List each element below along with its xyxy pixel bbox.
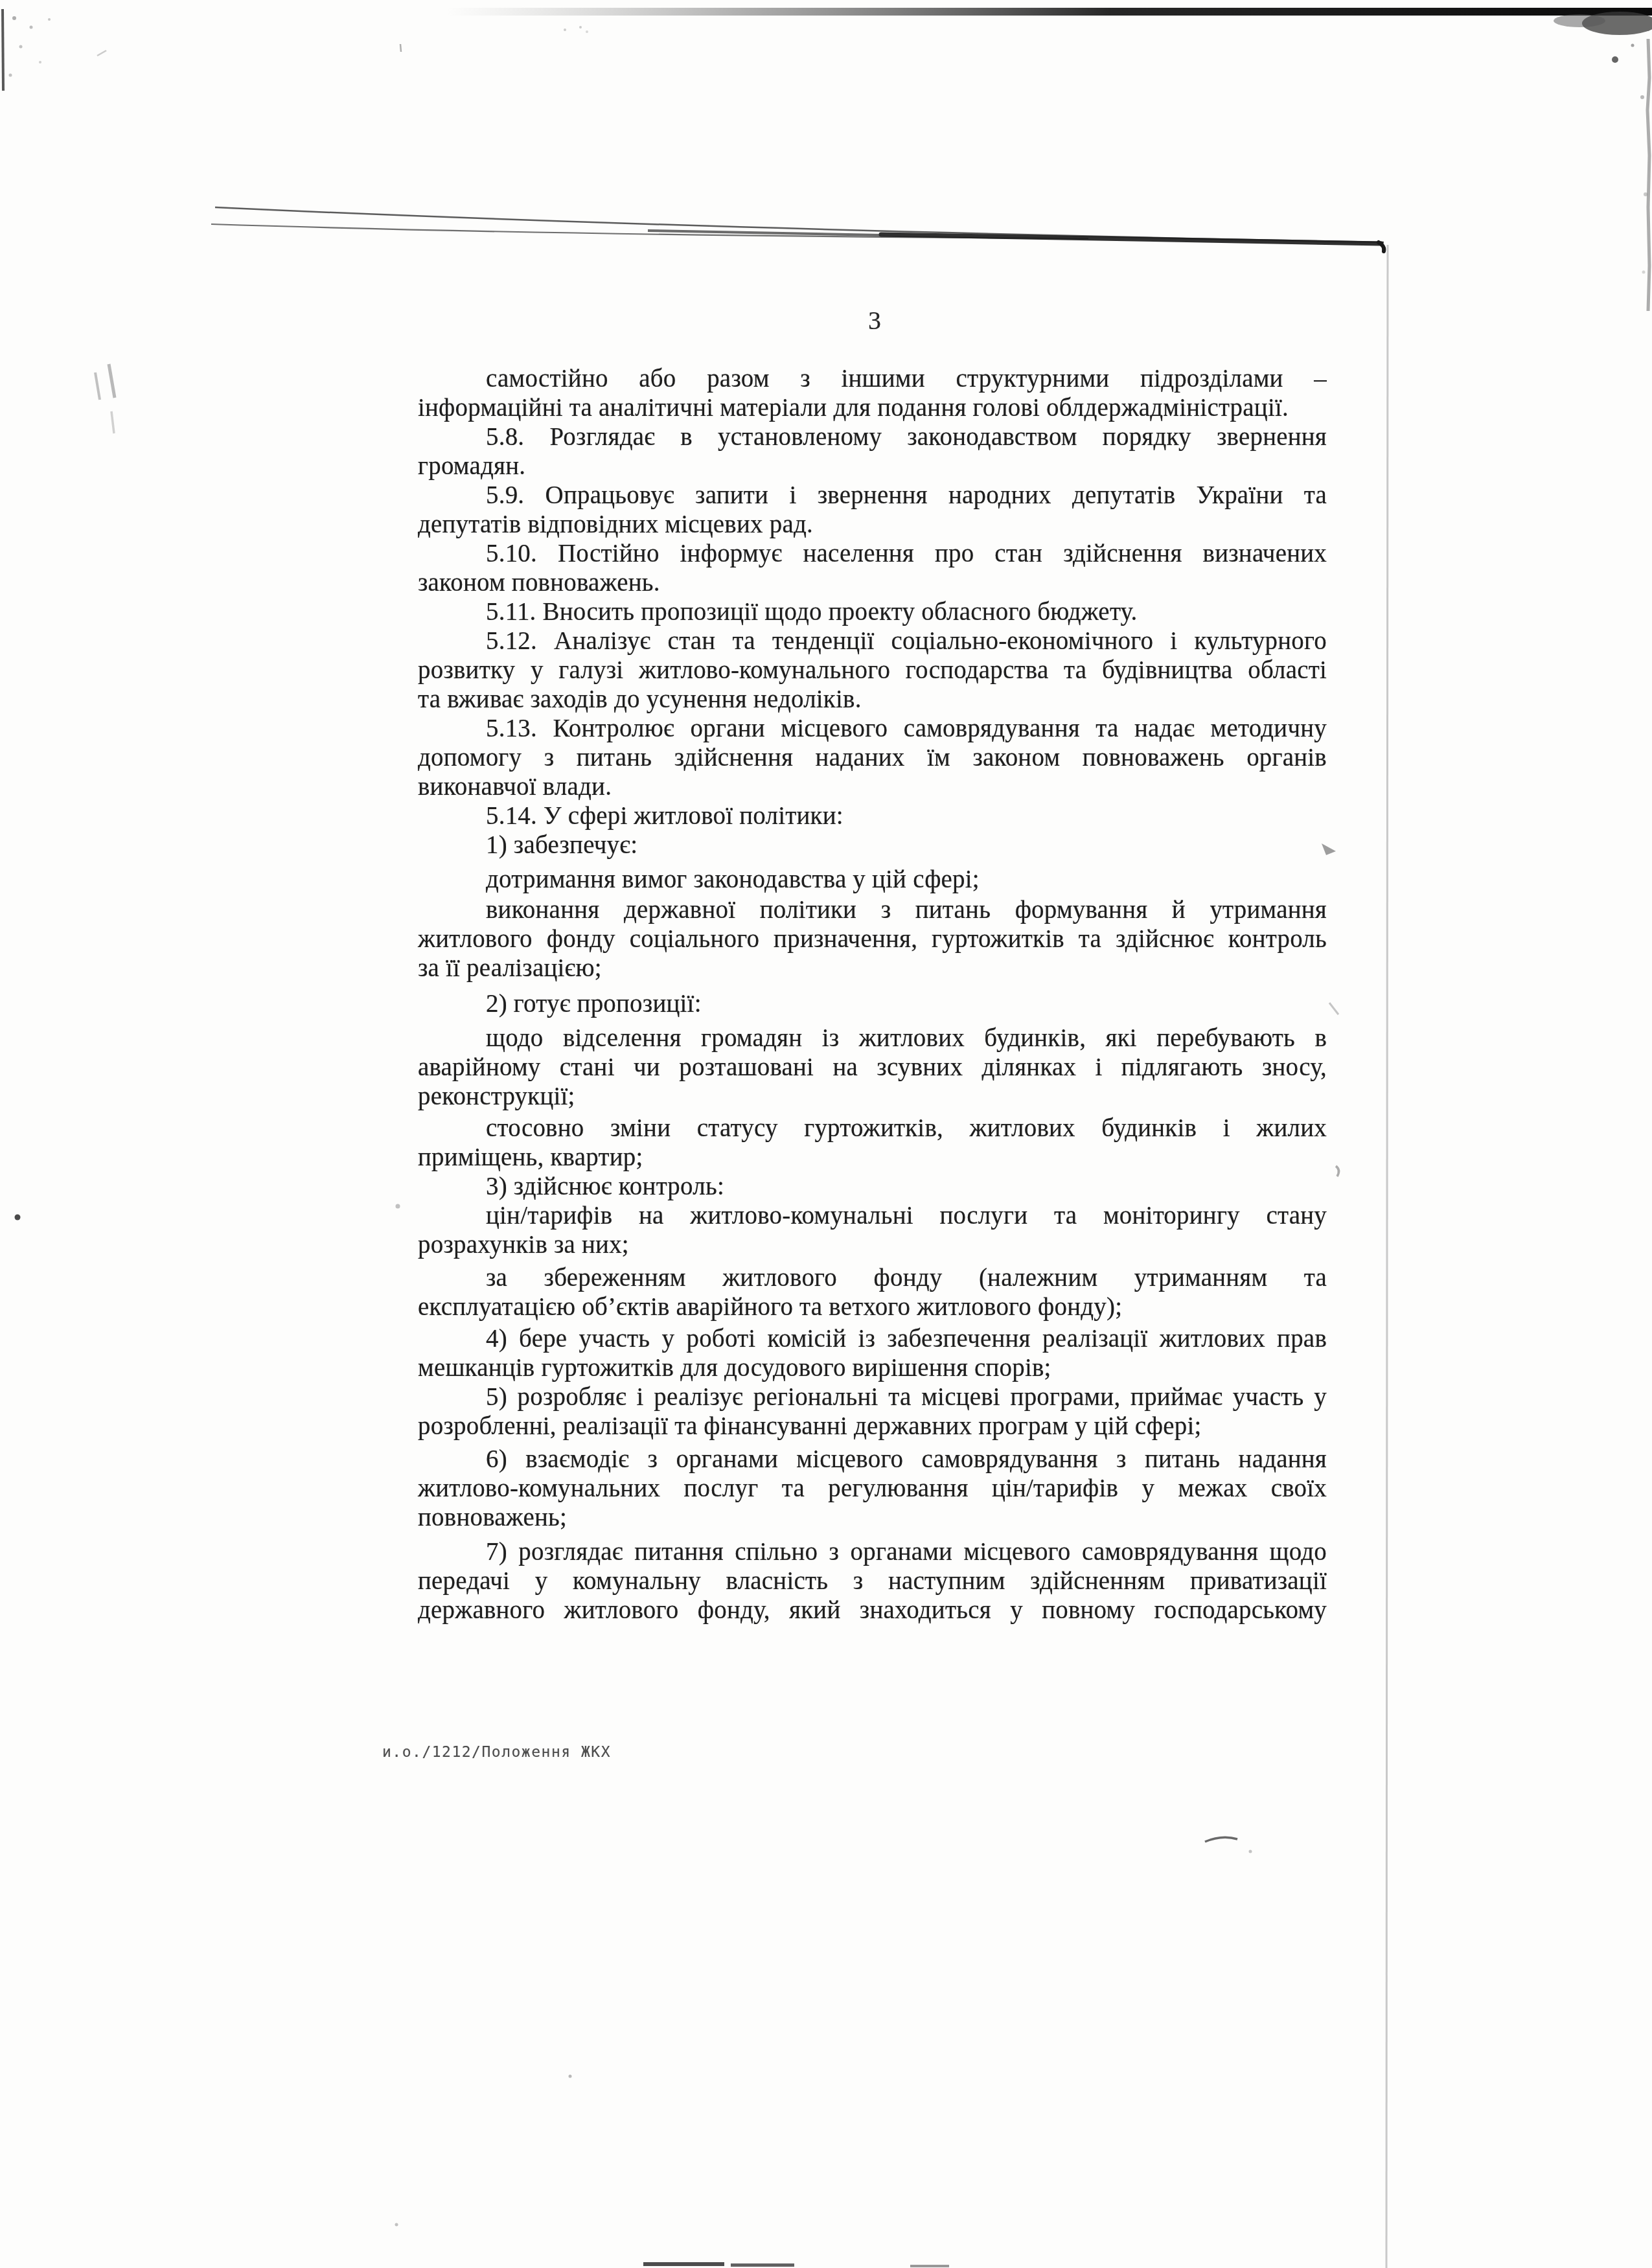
text-line: 5.10. Постійно інформує населення про ст…: [418, 539, 1327, 568]
text-line: 6) взаємодіє з органами місцевого самовр…: [418, 1445, 1327, 1474]
paragraph: щодо відселення громадян із житлових буд…: [418, 1024, 1327, 1111]
text-line: за збереженням житлового фонду (належним…: [418, 1263, 1327, 1292]
text-line: депутатів відповідних місцевих рад.: [418, 510, 1327, 539]
text-line: розробленні, реалізації та фінансуванні …: [418, 1412, 1327, 1441]
text-line: за її реалізацією;: [418, 954, 1327, 983]
text-line: державного житлового фонду, який знаходи…: [418, 1596, 1327, 1625]
text-line: розрахунків за них;: [418, 1230, 1327, 1259]
text-line: цін/тарифів на житлово-комунальні послуг…: [418, 1201, 1327, 1230]
paragraph: 5.13. Контролює органи місцевого самовря…: [418, 714, 1327, 801]
pencil-mark: [95, 372, 100, 400]
text-line: громадян.: [418, 452, 1327, 481]
text-line: повноважень;: [418, 1503, 1327, 1532]
text-line: експлуатацією об’єктів аварійного та вет…: [418, 1292, 1327, 1322]
text-line: 5.12. Аналізує стан та тенденції соціаль…: [418, 626, 1327, 656]
footer-reference: и.о./1212/Положення ЖКХ: [382, 1744, 611, 1761]
text-line: виконання державної політики з питань фо…: [418, 895, 1327, 924]
text-line: виконавчої влади.: [418, 772, 1327, 801]
text-line: 5) розробляє і реалізує регіональні та м…: [418, 1382, 1327, 1412]
bottom-edge-mark: [643, 2262, 724, 2266]
text-line: передачі у комунальну власність з наступ…: [418, 1566, 1327, 1596]
paragraph: 5.14. У сфері житлової політики:: [418, 801, 1327, 830]
text-line: 3) здійснює контроль:: [418, 1172, 1327, 1201]
paper-sheet: 3 самостійно або разом з іншими структур…: [0, 0, 1652, 2268]
paragraph: цін/тарифів на житлово-комунальні послуг…: [418, 1201, 1327, 1259]
text-line: 5.11. Вносить пропозиції щодо проекту об…: [418, 597, 1327, 626]
text-line: житлового фонду соціального призначення,…: [418, 924, 1327, 954]
text-line: 5.8. Розглядає в установленому законодав…: [418, 422, 1327, 452]
text-line: інформаційні та аналітичні матеріали для…: [418, 393, 1327, 422]
text-line: розвитку у галузі житлово-комунального г…: [418, 656, 1327, 685]
text-line: 1) забезпечує:: [418, 830, 1327, 860]
scanner-top-edge: [447, 8, 1652, 16]
paragraph: самостійно або разом з іншими структурни…: [418, 364, 1327, 422]
paragraph: 4) бере участь у роботі комісій із забез…: [418, 1324, 1327, 1382]
paragraph: стосовно зміни статусу гуртожитків, житл…: [418, 1114, 1327, 1172]
fold-line-upper: [215, 207, 1384, 242]
scanned-document-page: { "page": { "number": "3" }, "footer": {…: [0, 0, 1652, 2268]
left-edge-line: [3, 9, 3, 91]
text-line: 2) готує пропозиції:: [418, 989, 1327, 1018]
text-line: 5.13. Контролює органи місцевого самовря…: [418, 714, 1327, 743]
right-edge-grain: [1647, 39, 1649, 311]
page-number: 3: [868, 306, 907, 335]
text-line: та вживає заходів до усунення недоліків.: [418, 685, 1327, 714]
text-line: самостійно або разом з іншими структурни…: [418, 364, 1327, 393]
fold-line-lower: [211, 224, 1088, 238]
document-body: самостійно або разом з іншими структурни…: [418, 364, 1327, 1625]
paragraph: дотримання вимог законодавства у цій сфе…: [418, 865, 1327, 894]
text-line: дотримання вимог законодавства у цій сфе…: [418, 865, 1327, 894]
paragraph: 5.8. Розглядає в установленому законодав…: [418, 422, 1327, 481]
text-line: реконструкції;: [418, 1082, 1327, 1111]
paragraph: 7) розглядає питання спільно з органами …: [418, 1537, 1327, 1625]
curved-dash: [1205, 1837, 1237, 1842]
paragraph: 2) готує пропозиції:: [418, 989, 1327, 1018]
text-line: стосовно зміни статусу гуртожитків, житл…: [418, 1114, 1327, 1143]
paragraph: 5) розробляє і реалізує регіональні та м…: [418, 1382, 1327, 1441]
text-line: щодо відселення громадян із житлових буд…: [418, 1024, 1327, 1053]
paragraph: виконання державної політики з питань фо…: [418, 895, 1327, 983]
text-line: допомогу з питань здійснення наданих їм …: [418, 743, 1327, 772]
paragraph: 5.11. Вносить пропозиції щодо проекту об…: [418, 597, 1327, 626]
paragraph: 1) забезпечує:: [418, 830, 1327, 860]
fold-line-thick: [881, 235, 1381, 244]
text-line: 5.14. У сфері житлової політики:: [418, 801, 1327, 830]
paragraph: за збереженням житлового фонду (належним…: [418, 1263, 1327, 1322]
text-line: аварійному стані чи розташовані на зсувн…: [418, 1053, 1327, 1082]
text-line: 4) бере участь у роботі комісій із забез…: [418, 1324, 1327, 1353]
text-line: 5.9. Опрацьовує запити і звернення народ…: [418, 481, 1327, 510]
paragraph: 5.12. Аналізує стан та тенденції соціаль…: [418, 626, 1327, 714]
text-line: житлово-комунальних послуг та регулюванн…: [418, 1474, 1327, 1503]
paragraph: 6) взаємодіє з органами місцевого самовр…: [418, 1445, 1327, 1532]
corner-smudge: [1582, 12, 1652, 35]
text-line: законом повноважень.: [418, 568, 1327, 597]
paragraph: 3) здійснює контроль:: [418, 1172, 1327, 1201]
text-line: 7) розглядає питання спільно з органами …: [418, 1537, 1327, 1566]
text-line: мешканців гуртожитків для досудового вир…: [418, 1353, 1327, 1382]
paragraph: 5.10. Постійно інформує населення про ст…: [418, 539, 1327, 597]
page-edge-line: [1386, 245, 1388, 2268]
paragraph: 5.9. Опрацьовує запити і звернення народ…: [418, 481, 1327, 539]
text-line: приміщень, квартир;: [418, 1143, 1327, 1172]
ink-dot: [15, 1215, 21, 1220]
